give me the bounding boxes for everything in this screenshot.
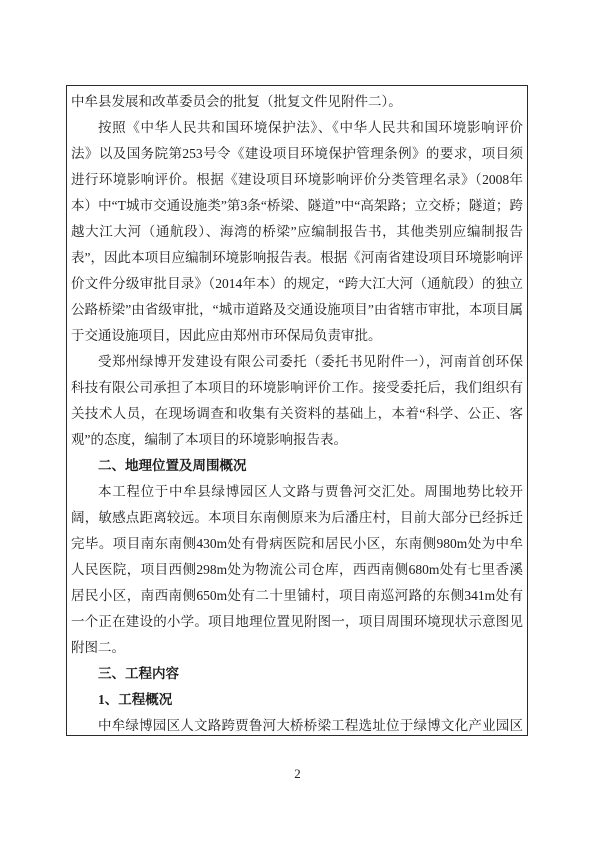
paragraph-bridge-project: 中牟绿博园区人文路跨贾鲁河大桥桥梁工程选址位于绿博文化产业园区人文路与贾鲁河交汇…: [71, 713, 523, 736]
paragraph-approval-continuation: 中牟县发展和改革委员会的批复（批复文件见附件二）。: [71, 89, 523, 115]
paragraph-eia-requirements: 按照《中华人民共和国环境保护法》、《中华人民共和国环境影响评价法》以及国务院第2…: [71, 115, 523, 349]
paragraph-location-surroundings: 本工程位于中牟县绿博园区人文路与贾鲁河交汇处。周围地势比较开阔，敏感点距离较远。…: [71, 479, 523, 661]
heading-project-overview: 1、工程概况: [71, 687, 523, 713]
heading-project-content: 三、工程内容: [71, 661, 523, 687]
heading-geographic-location: 二、地理位置及周围概况: [71, 453, 523, 479]
page-number: 2: [0, 766, 595, 782]
document-border-frame: 中牟县发展和改革委员会的批复（批复文件见附件二）。 按照《中华人民共和国环境保护…: [66, 85, 528, 736]
paragraph-commission: 受郑州绿博开发建设有限公司委托（委托书见附件一），河南首创环保科技有限公司承担了…: [71, 349, 523, 453]
